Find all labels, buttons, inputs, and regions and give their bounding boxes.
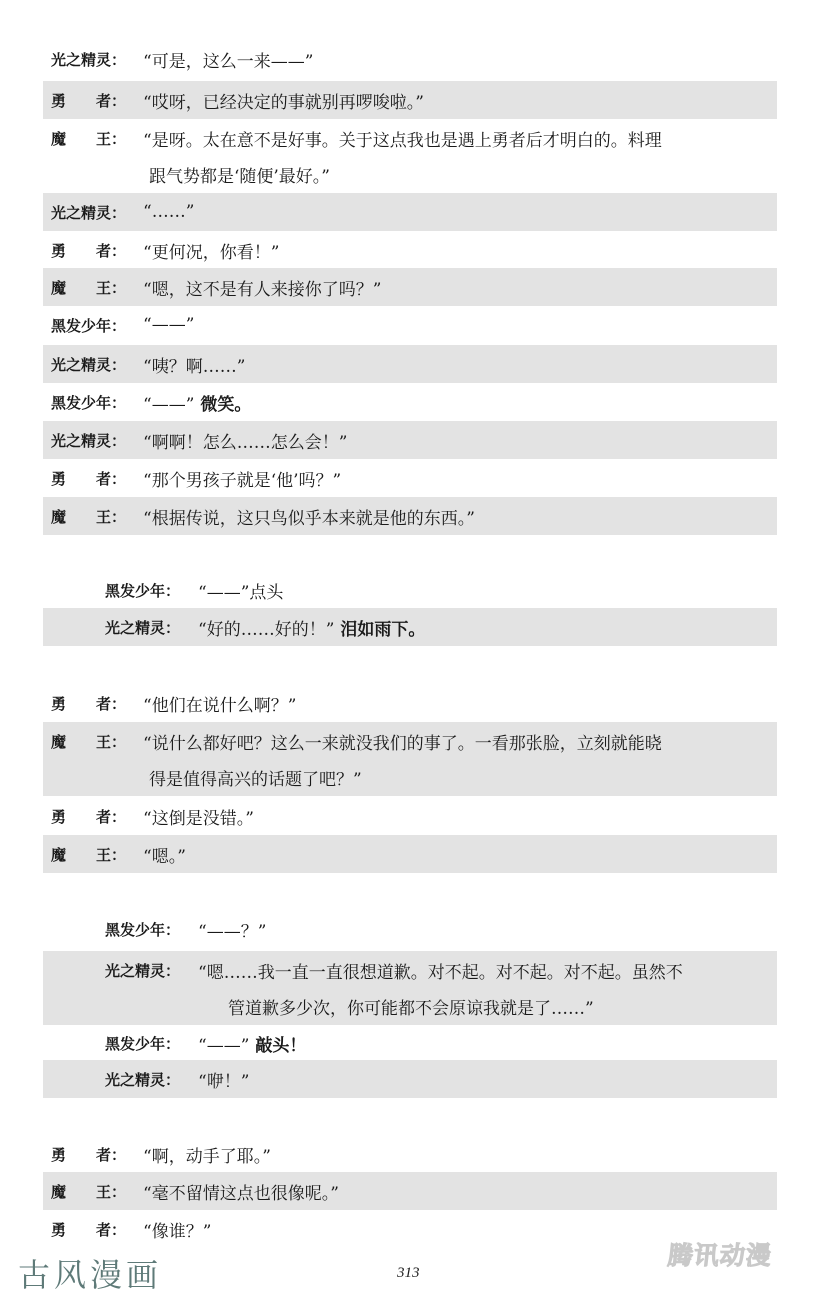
speech-text: “——”微笑。 (143, 390, 251, 415)
speech-line: “可是，这么一来——” (143, 52, 313, 72)
speech-line: “毫不留情这点也很像呢。” (143, 1184, 339, 1204)
dialogue-row: 光之精灵：“好的……好的！”泪如雨下。 (43, 608, 777, 646)
speech-text: “——？” (198, 917, 266, 942)
speaker-name: 勇 者： (51, 1144, 126, 1165)
speech-text: “嗯，这不是有人来接你了吗？” (143, 275, 381, 300)
speaker-name: 勇 者： (51, 468, 126, 489)
speech-text: “啊，动手了耶。” (143, 1142, 271, 1167)
watermark-tencent-logo: 腾讯动漫 (666, 1236, 774, 1272)
dialogue-row: 勇 者：“啊，动手了耶。” (43, 1135, 777, 1173)
speech-line: “那个男孩子就是‘他’吗？” (143, 471, 341, 491)
speech-text: 得是值得高兴的话题了吧？” (149, 765, 362, 790)
speech-line: “像谁？” (143, 1222, 211, 1242)
speech-line: 跟气势都是‘随便’最好。” (149, 167, 330, 187)
speaker-name: 光之精灵： (105, 960, 180, 981)
speech-text: “他们在说什么啊？” (143, 691, 296, 716)
speech-line: “是呀。太在意不是好事。关于这点我也是遇上勇者后才明白的。料理 (143, 131, 662, 151)
speech-line: 管道歉多少次，你可能都不会原谅我就是了……” (228, 999, 594, 1019)
speech-text: “那个男孩子就是‘他’吗？” (143, 466, 341, 491)
speech-line: “根据传说，这只鸟似乎本来就是他的东西。” (143, 509, 475, 529)
stage-direction: 泪如雨下。 (340, 620, 425, 640)
dialogue-row: 勇 者：“那个男孩子就是‘他’吗？” (43, 459, 777, 497)
dialogue-row: 勇 者：“更何况，你看！” (43, 231, 777, 269)
dialogue-row: 光之精灵：“可是，这么一来——” (43, 40, 777, 78)
speech-text: “毫不留情这点也很像呢。” (143, 1179, 339, 1204)
speech-text: “咿！” (198, 1067, 249, 1092)
speech-text: “更何况，你看！” (143, 238, 279, 263)
dialogue-row: 勇 者：“像谁？” (43, 1210, 777, 1248)
stage-direction: 微笑。 (200, 395, 251, 415)
dialogue-row: 光之精灵：“……” (43, 193, 777, 231)
speech-text: “啊啊！怎么……怎么会！” (143, 428, 347, 453)
speech-text: “——”点头 (198, 578, 283, 603)
speech-line: “啊，动手了耶。” (143, 1147, 271, 1167)
speaker-name: 黑发少年： (51, 315, 126, 336)
speech-line: “咿！” (198, 1072, 249, 1092)
speaker-name: 魔 王： (51, 128, 126, 149)
speech-text: “咦？啊……” (143, 352, 245, 377)
speech-text: “——”敲头！ (198, 1031, 306, 1056)
speech-line: “……” (143, 202, 194, 222)
stage-direction: 敲头！ (255, 1036, 306, 1056)
speech-text: “——” (143, 315, 194, 335)
speech-line: “他们在说什么啊？” (143, 696, 296, 716)
speaker-name: 勇 者： (51, 90, 126, 111)
speech-text: “哎呀，已经决定的事就别再啰唆啦。” (143, 88, 424, 113)
dialogue-row: 魔 王：“是呀。太在意不是好事。关于这点我也是遇上勇者后才明白的。料理跟气势都是… (43, 119, 777, 193)
watermark-gufeng-logo: 古风漫画 (18, 1250, 162, 1291)
speaker-name: 黑发少年： (105, 580, 180, 601)
speech-line: “——” (143, 395, 194, 415)
speaker-name: 光之精灵： (105, 617, 180, 638)
speaker-name: 魔 王： (51, 844, 126, 865)
dialogue-row: 魔 王：“根据传说，这只鸟似乎本来就是他的东西。” (43, 497, 777, 535)
dialogue-row: 魔 王：“毫不留情这点也很像呢。” (43, 1172, 777, 1210)
dialogue-row: 魔 王：“嗯，这不是有人来接你了吗？” (43, 268, 777, 306)
speaker-name: 魔 王： (51, 1181, 126, 1202)
speech-text: “可是，这么一来——” (143, 47, 313, 72)
dialogue-row: 光之精灵：“咦？啊……” (43, 345, 777, 383)
speaker-name: 光之精灵： (51, 202, 126, 223)
speaker-name: 勇 者： (51, 1219, 126, 1240)
speech-line: “——”点头 (198, 583, 283, 603)
dialogue-row: 魔 王：“说什么都好吧？这么一来就没我们的事了。一看那张脸，立刻就能晓得是值得高… (43, 722, 777, 796)
speech-line: “说什么都好吧？这么一来就没我们的事了。一看那张脸，立刻就能晓 (143, 734, 662, 754)
speech-line: “啊啊！怎么……怎么会！” (143, 433, 347, 453)
speech-text: “说什么都好吧？这么一来就没我们的事了。一看那张脸，立刻就能晓 (143, 729, 662, 754)
speaker-name: 勇 者： (51, 806, 126, 827)
speech-text: 跟气势都是‘随便’最好。” (149, 162, 330, 187)
speech-text: “好的……好的！”泪如雨下。 (198, 615, 425, 640)
speaker-name: 魔 王： (51, 731, 126, 752)
speech-line: 得是值得高兴的话题了吧？” (149, 770, 362, 790)
speaker-name: 光之精灵： (51, 430, 126, 451)
speaker-name: 光之精灵： (51, 49, 126, 70)
speech-line: “——？” (198, 922, 266, 942)
speech-text: 管道歉多少次，你可能都不会原谅我就是了……” (228, 994, 594, 1019)
dialogue-row: 魔 王：“嗯。” (43, 835, 777, 873)
dialogue-row: 勇 者：“他们在说什么啊？” (43, 684, 777, 722)
speech-line: “——” (143, 315, 194, 335)
speech-line: “嗯……我一直一直很想道歉。对不起。对不起。对不起。虽然不 (198, 963, 683, 983)
speech-text: “根据传说，这只鸟似乎本来就是他的东西。” (143, 504, 475, 529)
page-number: 313 (397, 1265, 420, 1282)
speaker-name: 黑发少年： (105, 919, 180, 940)
speech-text: “这倒是没错。” (143, 804, 254, 829)
speaker-name: 光之精灵： (51, 354, 126, 375)
dialogue-row: 光之精灵：“咿！” (43, 1060, 777, 1098)
speech-text: “嗯。” (143, 842, 186, 867)
speaker-name: 魔 王： (51, 506, 126, 527)
dialogue-row: 黑发少年：“——？” (43, 910, 777, 948)
dialogue-row: 光之精灵：“嗯……我一直一直很想道歉。对不起。对不起。对不起。虽然不管道歉多少次… (43, 951, 777, 1025)
speech-text: “嗯……我一直一直很想道歉。对不起。对不起。对不起。虽然不 (198, 958, 683, 983)
speaker-name: 魔 王： (51, 277, 126, 298)
speech-line: “更何况，你看！” (143, 243, 279, 263)
speaker-name: 勇 者： (51, 240, 126, 261)
speech-line: “咦？啊……” (143, 357, 245, 377)
speaker-name: 黑发少年： (105, 1033, 180, 1054)
speech-line: “好的……好的！” (198, 620, 334, 640)
speech-line: “哎呀，已经决定的事就别再啰唆啦。” (143, 93, 424, 113)
speech-line: “嗯，这不是有人来接你了吗？” (143, 280, 381, 300)
dialogue-row: 黑发少年：“——”微笑。 (43, 383, 777, 421)
speech-line: “——” (198, 1036, 249, 1056)
speech-text: “像谁？” (143, 1217, 211, 1242)
speech-line: “嗯。” (143, 847, 186, 867)
speaker-name: 黑发少年： (51, 392, 126, 413)
dialogue-row: 黑发少年：“——”敲头！ (43, 1024, 777, 1062)
speaker-name: 光之精灵： (105, 1069, 180, 1090)
speech-text: “……” (143, 202, 194, 222)
dialogue-row: 勇 者：“哎呀，已经决定的事就别再啰唆啦。” (43, 81, 777, 119)
dialogue-row: 勇 者：“这倒是没错。” (43, 797, 777, 835)
speaker-name: 勇 者： (51, 693, 126, 714)
speech-line: “这倒是没错。” (143, 809, 254, 829)
dialogue-row: 黑发少年：“——”点头 (43, 571, 777, 609)
speech-text: “是呀。太在意不是好事。关于这点我也是遇上勇者后才明白的。料理 (143, 126, 662, 151)
dialogue-row: 光之精灵：“啊啊！怎么……怎么会！” (43, 421, 777, 459)
dialogue-row: 黑发少年：“——” (43, 306, 777, 344)
